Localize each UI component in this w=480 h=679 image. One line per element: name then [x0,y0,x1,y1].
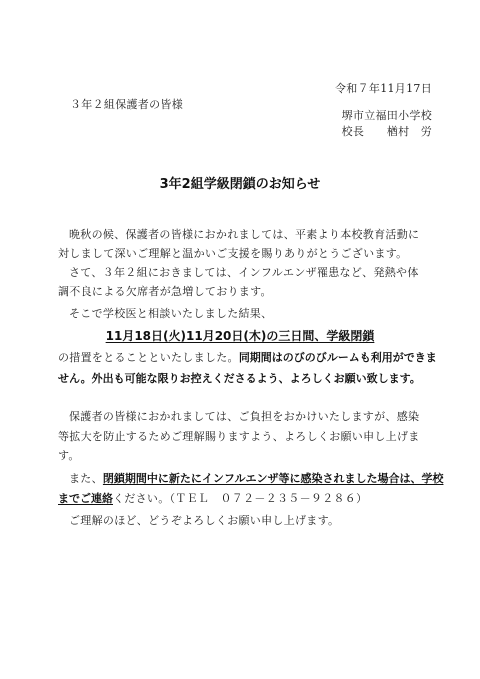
paragraph-measures-line-2: せん。外出も可能な限りお控えくださるよう、よろしくお願い致します。 [58,370,421,386]
contact-prefix: また、 [69,472,103,485]
paragraph-contact-line-2: までご連絡ください。（ＴＥＬ ０７２－２３５－９２８６） [58,490,367,506]
paragraph-request-line-2: 等拡大を防止するためご理解賜りますよう、よろしくお願い申し上げま [58,428,420,444]
measures-notice-bold: 同期間はのびのびルームも利用ができま [239,351,437,364]
contact-instruction-bold-2: までご連絡 [58,492,113,505]
paragraph-greeting-line-1: 晩秋の候、保護者の皆様におかれましては、平素より本校教育活動に [58,226,419,242]
paragraph-request-line-3: す。 [58,447,80,463]
paragraph-greeting-line-2: 対しまして深いご理解と温かいご支援を賜りありがとうございます。 [58,245,407,261]
paragraph-consultation: そこで学校医と相談いたしました結果、 [58,305,272,321]
paragraph-measures-line-1: の措置をとることといたしました。同期間はのびのびルームも利用ができま [58,349,437,365]
principal-name: 校長 楢村 労 [342,123,432,139]
document-date: 令和７年11月17日 [335,80,432,96]
paragraph-situation-line-2: 調不良による欠席者が急増しております。 [58,283,272,299]
paragraph-request-line-1: 保護者の皆様におかれましては、ご負担をおかけいたしますが、感染 [58,408,419,424]
measures-text: の措置をとることといたしました。 [58,351,239,364]
page-title: 3年2組学級閉鎖のお知らせ [0,173,480,192]
recipient-line: ３年２組保護者の皆様 [70,96,183,112]
paragraph-contact-line-1: また、閉鎖期間中に新たにインフルエンザ等に感染されました場合は、学校 [58,470,443,486]
contact-phone: ください。（ＴＥＬ ０７２－２３５－９２８６） [113,492,367,505]
document-page: 令和７年11月17日 ３年２組保護者の皆様 堺市立福田小学校 校長 楢村 労 3… [0,0,480,679]
paragraph-situation-line-1: さて、３年２組におきましては、インフルエンザ罹患など、発熱や体 [58,264,419,280]
closure-period: 11月18日(火)11月20日(木)の三日間、学級閉鎖 [0,327,480,344]
school-name: 堺市立福田小学校 [342,107,432,123]
contact-instruction-bold: 閉鎖期間中に新たにインフルエンザ等に感染されました場合は、学校 [103,472,444,485]
paragraph-closing: ご理解のほど、どうぞよろしくお願い申し上げます。 [58,512,339,528]
closure-period-text: 11月18日(火)11月20日(木)の三日間、学級閉鎖 [106,329,375,343]
